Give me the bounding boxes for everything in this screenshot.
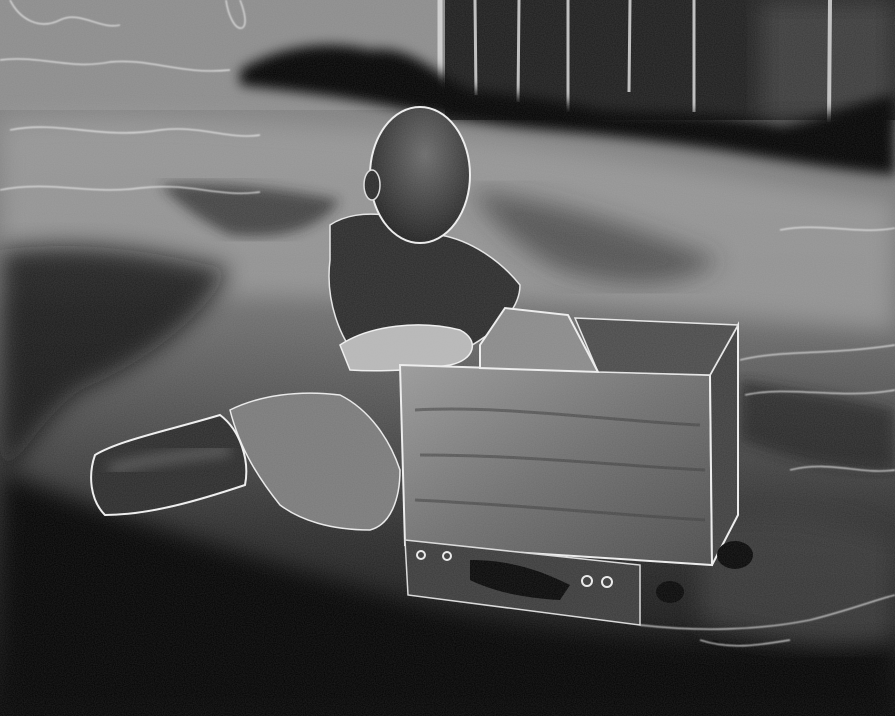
photo-image [0, 0, 895, 716]
photo-scene [0, 0, 895, 716]
